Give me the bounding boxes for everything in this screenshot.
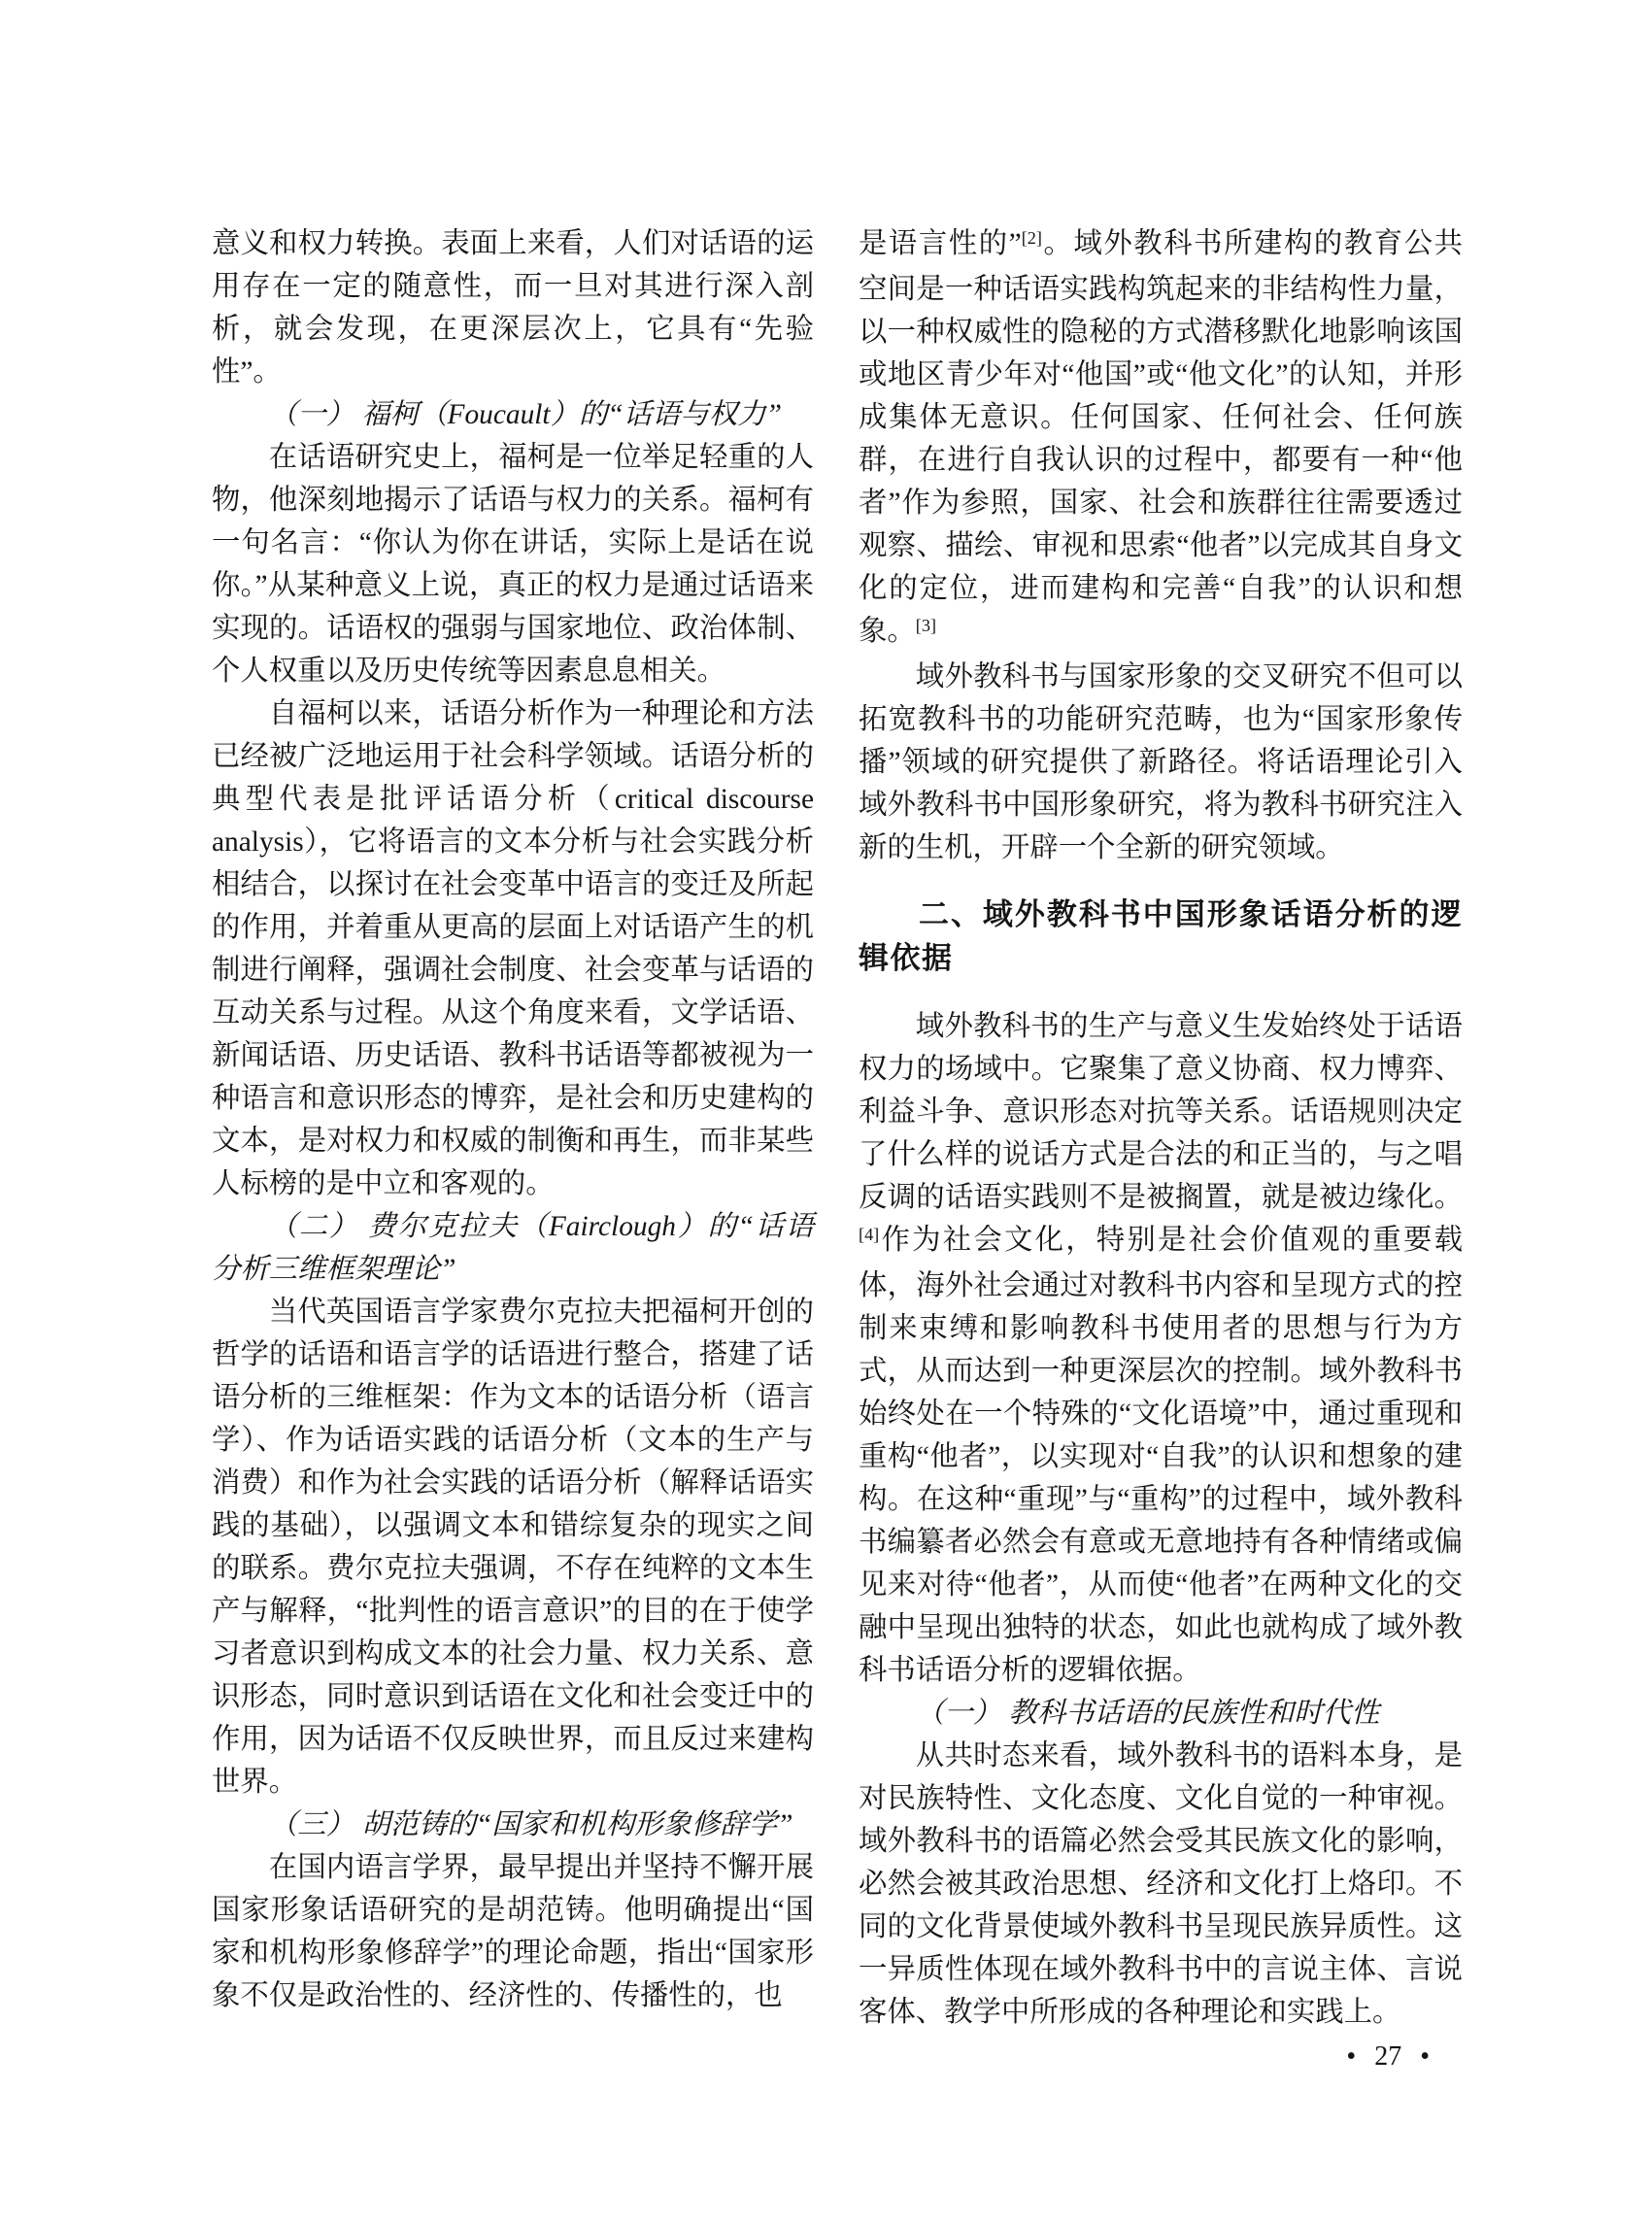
document-page: 意义和权力转换。表面上来看，人们对话语的运用存在一定的随意性，而一旦对其进行深入…: [0, 0, 1652, 2225]
sub-section-heading: （三） 胡范铸的“国家和机构形象修辞学”: [212, 1804, 814, 1846]
paragraph: 域外教科书与国家形象的交叉研究不但可以拓宽教科书的功能研究范畴，也为“国家形象传…: [859, 656, 1463, 869]
paragraph: 在国内语言学界，最早提出并坚持不懈开展国家形象话语研究的是胡范铸。他明确提出“国…: [212, 1846, 814, 2017]
page-number: • 27 •: [859, 2038, 1463, 2076]
footnote-reference: [3]: [916, 616, 936, 635]
text-run: （一） 福柯（Foucault）的“话语与权力”: [269, 399, 782, 430]
paragraph: 是语言性的”[2]。域外教科书所建构的教育公共空间是一种话语实践构筑起来的非结构…: [859, 222, 1463, 656]
sub-section-heading: （二） 费尔克拉夫（Fairclough）的“话语分析三维框架理论”: [212, 1205, 814, 1291]
text-run: 在话语研究史上，福柯是一位举足轻重的人物，他深刻地揭示了话语与权力的关系。福柯有…: [212, 442, 814, 687]
text-run: （一） 教科书话语的民族性和时代性: [916, 1698, 1380, 1729]
paragraph: 自福柯以来，话语分析作为一种理论和方法已经被广泛地运用于社会科学领域。话语分析的…: [212, 692, 814, 1205]
footnote-reference: [2]: [1022, 228, 1042, 248]
left-column: 意义和权力转换。表面上来看，人们对话语的运用存在一定的随意性，而一旦对其进行深入…: [212, 222, 814, 2076]
paragraph: 当代英国语言学家费尔克拉夫把福柯开创的哲学的话语和语言学的话语进行整合，搭建了话…: [212, 1291, 814, 1804]
text-run: 二、域外教科书中国形象话语分析的逻辑依据: [859, 897, 1463, 975]
two-column-layout: 意义和权力转换。表面上来看，人们对话语的运用存在一定的随意性，而一旦对其进行深入…: [0, 0, 1652, 2076]
right-column: 是语言性的”[2]。域外教科书所建构的教育公共空间是一种话语实践构筑起来的非结构…: [859, 222, 1463, 2076]
sub-section-heading: （一） 福柯（Foucault）的“话语与权力”: [212, 393, 814, 436]
paragraph: 从共时态来看，域外教科书的语料本身，是对民族特性、文化态度、文化自觉的一种审视。…: [859, 1735, 1463, 2034]
paragraph: 意义和权力转换。表面上来看，人们对话语的运用存在一定的随意性，而一旦对其进行深入…: [212, 222, 814, 393]
text-run: 作为社会文化，特别是社会价值观的重要载体，海外社会通过对教科书内容和呈现方式的控…: [859, 1225, 1463, 1686]
text-run: （三） 胡范铸的“国家和机构形象修辞学”: [269, 1809, 793, 1840]
text-run: 是语言性的”: [859, 228, 1022, 259]
sub-section-heading: （一） 教科书话语的民族性和时代性: [859, 1692, 1463, 1735]
text-run: 。域外教科书所建构的教育公共空间是一种话语实践构筑起来的非结构性力量，以一种权威…: [859, 228, 1463, 647]
text-run: 域外教科书的生产与意义生发始终处于话语权力的场域中。它聚集了意义协商、权力博弈、…: [859, 1011, 1463, 1213]
footnote-reference: [4]: [859, 1225, 879, 1244]
text-run: 自福柯以来，话语分析作为一种理论和方法已经被广泛地运用于社会科学领域。话语分析的…: [212, 698, 814, 1199]
paragraph: 在话语研究史上，福柯是一位举足轻重的人物，他深刻地揭示了话语与权力的关系。福柯有…: [212, 436, 814, 692]
text-run: 从共时态来看，域外教科书的语料本身，是对民族特性、文化态度、文化自觉的一种审视。…: [859, 1740, 1463, 2028]
text-run: （二） 费尔克拉夫（Fairclough）的“话语分析三维框架理论”: [212, 1211, 814, 1285]
text-run: 在国内语言学界，最早提出并坚持不懈开展国家形象话语研究的是胡范铸。他明确提出“国…: [212, 1852, 814, 2011]
section-heading: 二、域外教科书中国形象话语分析的逻辑依据: [859, 893, 1463, 980]
text-run: 意义和权力转换。表面上来看，人们对话语的运用存在一定的随意性，而一旦对其进行深入…: [212, 228, 814, 388]
paragraph: 域外教科书的生产与意义生发始终处于话语权力的场域中。它聚集了意义协商、权力博弈、…: [859, 1005, 1463, 1692]
text-run: 当代英国语言学家费尔克拉夫把福柯开创的哲学的话语和语言学的话语进行整合，搭建了话…: [212, 1297, 814, 1798]
text-run: 域外教科书与国家形象的交叉研究不但可以拓宽教科书的功能研究范畴，也为“国家形象传…: [859, 661, 1463, 863]
